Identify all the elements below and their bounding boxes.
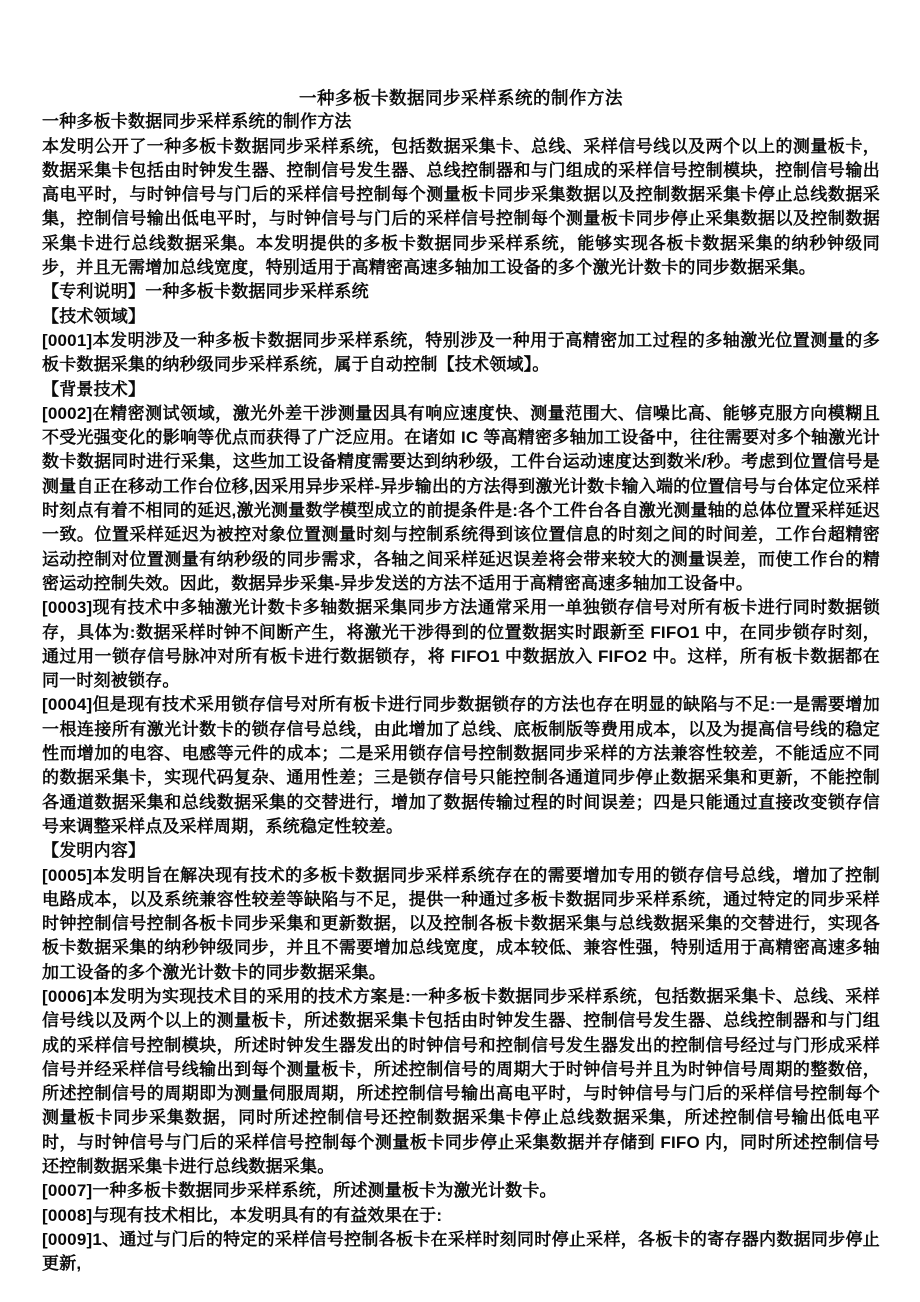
background-art-heading: 【背景技术】	[42, 378, 880, 402]
technical-field-heading: 【技术领域】	[42, 305, 880, 329]
patent-description-heading: 【专利说明】一种多板卡数据同步采样系统	[42, 280, 880, 304]
abstract-paragraph: 本发明公开了一种多板卡数据同步采样系统，包括数据采集卡、总线、采样信号线以及两个…	[42, 135, 880, 281]
paragraph-0004: [0004]但是现有技术采用锁存信号对所有板卡进行同步数据锁存的方法也存在明显的…	[42, 693, 880, 839]
paragraph-0002: [0002]在精密测试领域，激光外差干涉测量因具有响应速度快、测量范围大、信噪比…	[42, 402, 880, 596]
document-subtitle: 一种多板卡数据同步采样系统的制作方法	[42, 110, 880, 134]
document-title: 一种多板卡数据同步采样系统的制作方法	[42, 86, 880, 110]
invention-content-heading: 【发明内容】	[42, 839, 880, 863]
paragraph-0003: [0003]现有技术中多轴激光计数卡多轴数据采集同步方法通常采用一单独锁存信号对…	[42, 596, 880, 693]
paragraph-0001: [0001]本发明涉及一种多板卡数据同步采样系统，特别涉及一种用于高精密加工过程…	[42, 329, 880, 378]
paragraph-0008: [0008]与现有技术相比，本发明具有的有益效果在于:	[42, 1204, 880, 1228]
paragraph-0007: [0007]一种多板卡数据同步采样系统，所述测量板卡为激光计数卡。	[42, 1179, 880, 1203]
paragraph-0009: [0009]1、通过与门后的特定的采样信号控制各板卡在采样时刻同时停止采样，各板…	[42, 1228, 880, 1277]
paragraph-0006: [0006]本发明为实现技术目的采用的技术方案是:一种多板卡数据同步采样系统，包…	[42, 985, 880, 1179]
document-body: 一种多板卡数据同步采样系统的制作方法 一种多板卡数据同步采样系统的制作方法 本发…	[42, 86, 880, 1277]
paragraph-0005: [0005]本发明旨在解决现有技术的多板卡数据同步采样系统存在的需要增加专用的锁…	[42, 864, 880, 985]
patent-document-page: 一种多板卡数据同步采样系统的制作方法 一种多板卡数据同步采样系统的制作方法 本发…	[0, 0, 920, 1302]
